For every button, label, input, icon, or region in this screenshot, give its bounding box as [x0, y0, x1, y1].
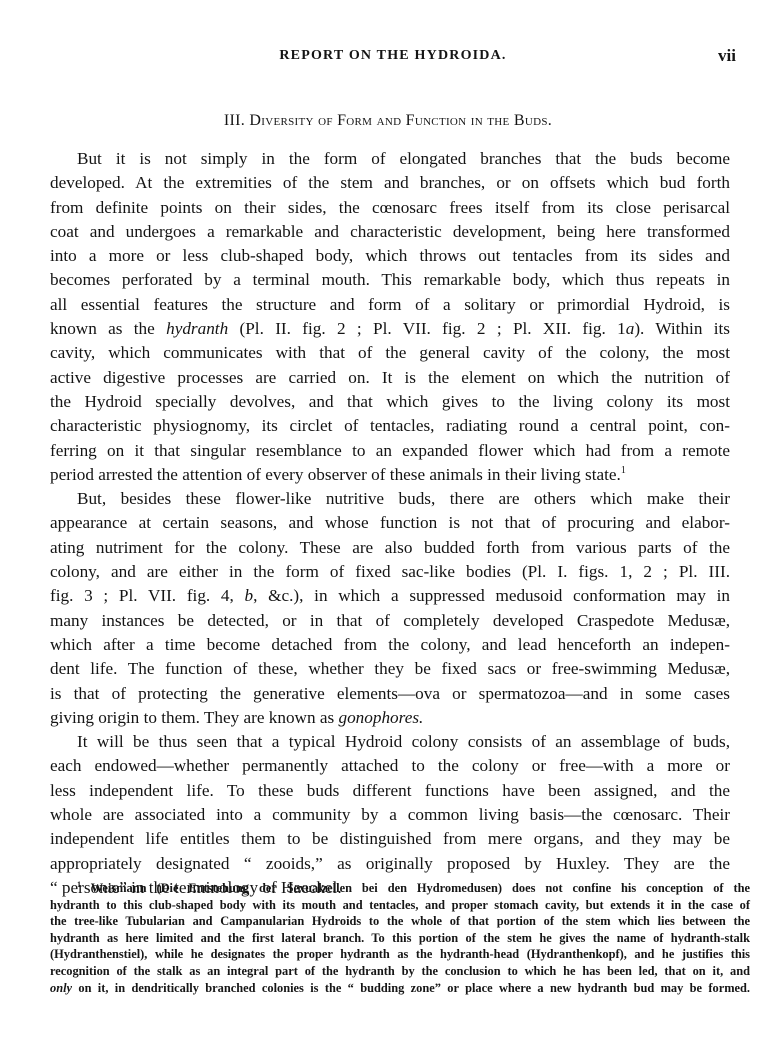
text-line: many instances be detected, or in that o…	[50, 609, 730, 633]
text-line: ferring on it that singular resemblance …	[50, 439, 730, 463]
text-line: whole are associated into a community by…	[50, 803, 730, 827]
text-line: dent life. The function of these, whethe…	[50, 657, 730, 681]
text-line: appropriately designated “ zooids,” as o…	[50, 852, 730, 876]
text-line: becomes perforated by a terminal mouth. …	[50, 268, 730, 292]
text-line: But, besides these flower-like nutritive…	[50, 487, 730, 511]
section-title-word: and	[377, 112, 402, 129]
text-run: giving origin to them. They are known as	[50, 708, 338, 727]
section-title-word: of	[318, 112, 333, 129]
paragraph: But it is not simply in the form of elon…	[50, 147, 730, 487]
text-run: known as the	[50, 319, 166, 338]
text-line: from definite points on their sides, the…	[50, 196, 730, 220]
text-line: appearance at certain seasons, and whose…	[50, 511, 730, 535]
footnote-line: the tree-like Tubularian and Campanulari…	[50, 913, 750, 930]
text-run: Weismann (Die Entstehung der Sexualzelle…	[81, 881, 750, 895]
section-numeral: III.	[224, 112, 245, 129]
text-line: which after a time become detached from …	[50, 633, 730, 657]
text-run: period arrested the attention of every o…	[50, 465, 621, 484]
footnote-line: hydranth to this club-shaped body with i…	[50, 897, 750, 914]
text-line: is that of protecting the generative ele…	[50, 682, 730, 706]
text-line: giving origin to them. They are known as…	[50, 706, 730, 730]
text-line: ating nutriment for the colony. These ar…	[50, 536, 730, 560]
text-line: the Hydroid specially devolves, and that…	[50, 390, 730, 414]
emphasis-only: only	[50, 981, 72, 995]
footnote: 1 Weismann (Die Entstehung der Sexualzel…	[50, 880, 750, 996]
section-heading: III. Diversity of Form and Function in t…	[0, 112, 776, 130]
section-title-word: in	[471, 112, 483, 129]
text-line: into a more or less club-shaped body, wh…	[50, 244, 730, 268]
text-line: independent life entitles them to be dis…	[50, 827, 730, 851]
footnote-line: hydranth as here limited and the first l…	[50, 930, 750, 947]
paragraph: It will be thus seen that a typical Hydr…	[50, 730, 730, 900]
section-title-word: Diversity	[249, 112, 313, 129]
footnote-line: 1 Weismann (Die Entstehung der Sexualzel…	[50, 880, 750, 897]
text-run: , &c.), in which a suppressed medusoid c…	[253, 586, 730, 605]
text-line: all essential features the structure and…	[50, 293, 730, 317]
page-number: vii	[718, 46, 736, 66]
text-line: period arrested the attention of every o…	[50, 463, 730, 487]
text-line: active digestive processes are carried o…	[50, 366, 730, 390]
term-gonophores: gonophores.	[338, 708, 423, 727]
term-hydranth: hydranth	[166, 319, 228, 338]
text-run: ). Within its	[634, 319, 730, 338]
section-title-word: Function	[406, 112, 467, 129]
text-line: less independent life. To these buds dif…	[50, 779, 730, 803]
text-line: cavity, which communicates with that of …	[50, 341, 730, 365]
footnote-reference[interactable]: 1	[621, 465, 626, 476]
text-line: developed. At the extremities of the ste…	[50, 171, 730, 195]
text-line: It will be thus seen that a typical Hydr…	[50, 730, 730, 754]
text-line: known as the hydranth (Pl. II. fig. 2 ; …	[50, 317, 730, 341]
footnote-line: recognition of the stalk as an integral …	[50, 963, 750, 980]
paragraph: But, besides these flower-like nutritive…	[50, 487, 730, 730]
text-run: on it, in dendritically branched colonie…	[72, 981, 750, 995]
text-line: But it is not simply in the form of elon…	[50, 147, 730, 171]
text-line: each endowed—whether permanently attache…	[50, 754, 730, 778]
section-title-word: Buds.	[514, 112, 552, 129]
body-text: But it is not simply in the form of elon…	[50, 147, 730, 900]
figure-letter: b	[245, 586, 254, 605]
section-title-word: the	[487, 112, 509, 129]
text-run: fig. 3 ; Pl. VII. fig. 4,	[50, 586, 245, 605]
text-line: fig. 3 ; Pl. VII. fig. 4, b, &c.), in wh…	[50, 584, 730, 608]
document-page: REPORT ON THE HYDROIDA. vii III. Diversi…	[0, 0, 776, 1050]
text-line: colony, and are either in the form of fi…	[50, 560, 730, 584]
running-title: REPORT ON THE HYDROIDA.	[50, 48, 736, 64]
text-line: coat and undergoes a remarkable and char…	[50, 220, 730, 244]
text-line: characteristic physiognomy, its circlet …	[50, 414, 730, 438]
running-head: REPORT ON THE HYDROIDA. vii	[50, 46, 736, 68]
section-title-word: Form	[337, 112, 372, 129]
text-run: (Pl. II. fig. 2 ; Pl. VII. fig. 2 ; Pl. …	[228, 319, 626, 338]
footnote-line: (Hydranthenstiel), while he designates t…	[50, 946, 750, 963]
footnote-line: only on it, in dendritically branched co…	[50, 980, 750, 997]
